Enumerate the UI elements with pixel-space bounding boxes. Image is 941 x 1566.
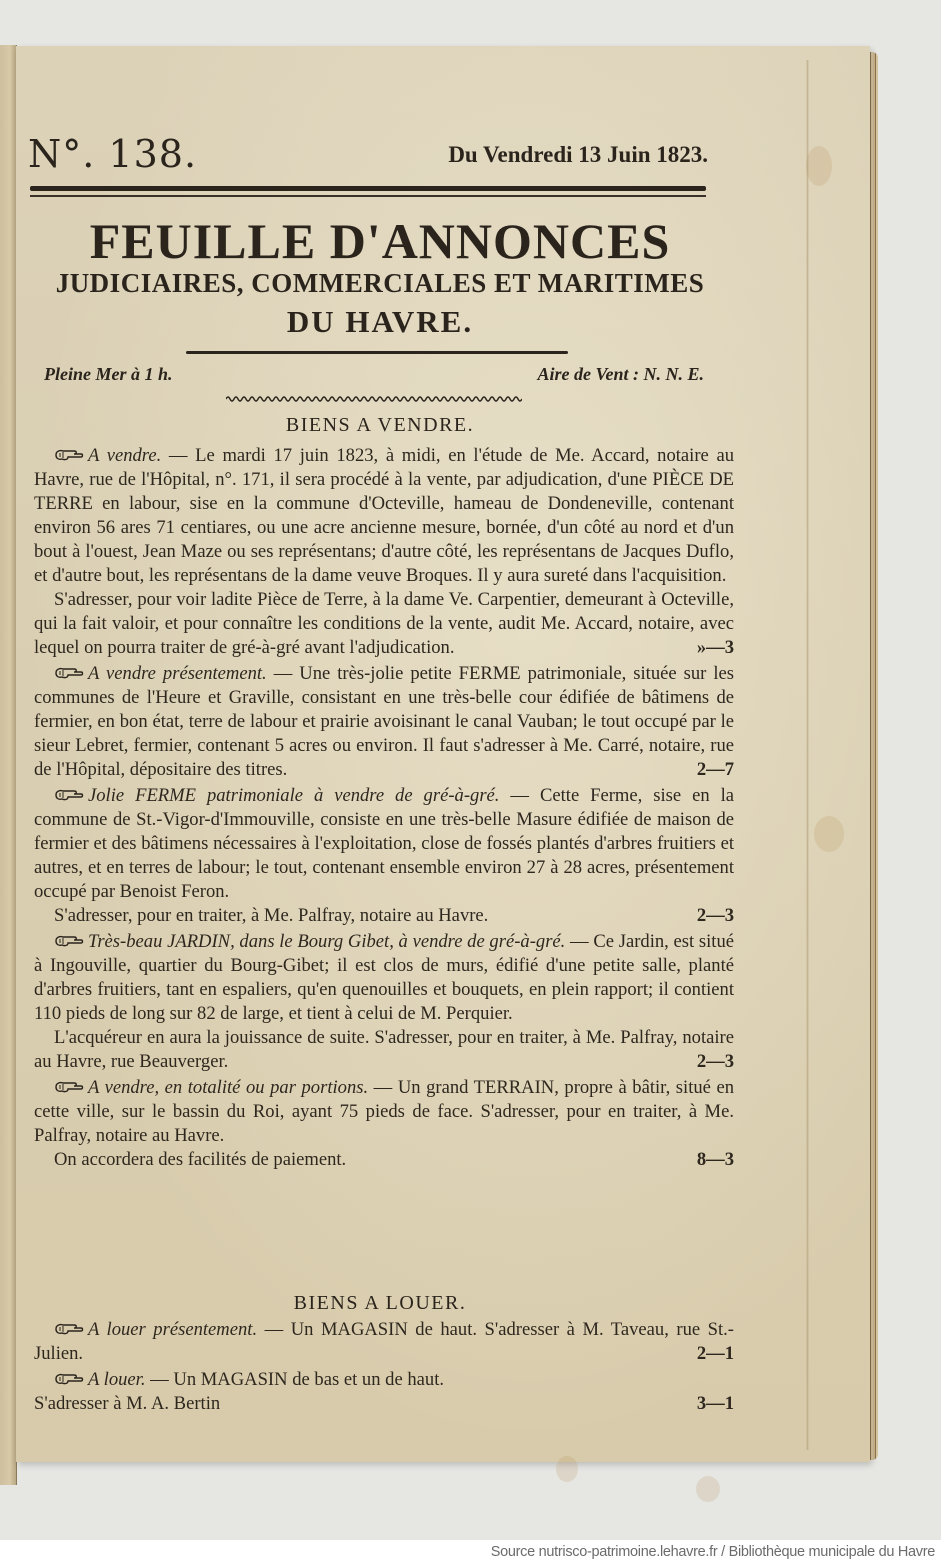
notice-ferme-graville: A vendre présentement. — Une très-jolie … bbox=[34, 662, 734, 782]
pointing-hand-icon bbox=[54, 1372, 84, 1386]
high-tide-info: Pleine Mer à 1 h. bbox=[44, 364, 173, 385]
paper-stain bbox=[806, 146, 832, 186]
issue-number: N°. 138. bbox=[28, 132, 197, 176]
notice-magasin-st-julien: A louer présentement. — Un MAGASIN de ha… bbox=[34, 1318, 734, 1366]
pointing-hand-icon bbox=[54, 448, 84, 462]
notice-reference: 2—3 bbox=[697, 1050, 734, 1074]
pointing-hand-icon bbox=[54, 934, 84, 948]
notice-reference: 3—1 bbox=[697, 1392, 734, 1416]
notice-reference: 2—7 bbox=[697, 758, 734, 782]
notice-magasin-bertin: A louer. — Un MAGASIN de bas et un de ha… bbox=[34, 1368, 734, 1416]
newspaper-subtitle: JUDICIAIRES, COMMERCIALES ET MARITIMES bbox=[0, 268, 760, 299]
pointing-hand-icon bbox=[54, 666, 84, 680]
section-title-biens-a-vendre: BIENS A VENDRE. bbox=[0, 414, 760, 437]
notice-lead: A vendre, en totalité ou par portions. bbox=[88, 1077, 368, 1098]
notice-followup: L'acquéreur en aura la jouissance de sui… bbox=[34, 1027, 734, 1072]
pointing-hand-icon bbox=[54, 1322, 84, 1336]
section-biens-a-louer: A louer présentement. — Un MAGASIN de ha… bbox=[34, 1318, 734, 1418]
notice-lead: Jolie FERME patrimoniale à vendre de gré… bbox=[88, 785, 499, 806]
ornamental-wavy-rule bbox=[226, 395, 522, 403]
newspaper-title: FEUILLE D'ANNONCES bbox=[0, 212, 760, 270]
notice-followup: S'adresser à M. A. Bertin bbox=[34, 1393, 220, 1414]
notice-text: — Le mardi 17 juin 1823, à midi, en l'ét… bbox=[34, 445, 734, 586]
notice-followup: S'adresser, pour en traiter, à Me. Palfr… bbox=[54, 905, 488, 926]
notice-reference: 8—3 bbox=[697, 1148, 734, 1172]
notice-lead: A louer présentement. bbox=[88, 1319, 257, 1340]
wind-direction-info: Aire de Vent : N. N. E. bbox=[538, 364, 705, 385]
notice-reference: »—3 bbox=[697, 636, 734, 660]
newspaper-subtitle-city: DU HAVRE. bbox=[0, 304, 760, 340]
paper-fold-crease bbox=[806, 60, 809, 1450]
paper-stain bbox=[696, 1476, 720, 1502]
notice-text: — Un MAGASIN de bas et un de haut. bbox=[146, 1369, 445, 1390]
masthead-rule-thin bbox=[30, 195, 706, 197]
pointing-hand-icon bbox=[54, 788, 84, 802]
masthead-rule-thick bbox=[30, 186, 706, 191]
paper-stain bbox=[814, 816, 844, 852]
notice-lead: Très-beau JARDIN, dans le Bourg Gibet, à… bbox=[88, 931, 565, 952]
notice-ferme-immouville: Jolie FERME patrimoniale à vendre de gré… bbox=[34, 784, 734, 928]
notice-terrain-bassin-du-roi: A vendre, en totalité ou par portions. —… bbox=[34, 1076, 734, 1172]
notice-reference: 2—3 bbox=[697, 904, 734, 928]
notice-lead: A vendre présentement. bbox=[88, 663, 267, 684]
notice-reference: 2—1 bbox=[697, 1342, 734, 1366]
notice-lead: A louer. bbox=[88, 1369, 146, 1390]
masthead-top-row: N°. 138. Du Vendredi 13 Juin 1823. bbox=[28, 132, 708, 176]
source-caption: Source nutrisco-patrimoine.lehavre.fr / … bbox=[491, 1544, 935, 1560]
notice-lead: A vendre. bbox=[88, 445, 161, 466]
notice-jardin-bourg-gibet: Très-beau JARDIN, dans le Bourg Gibet, à… bbox=[34, 930, 734, 1074]
section-biens-a-vendre: A vendre. — Le mardi 17 juin 1823, à mid… bbox=[34, 444, 734, 1174]
paper-stain bbox=[556, 1456, 578, 1482]
notice-followup: On accordera des facilités de paiement. bbox=[54, 1149, 346, 1170]
issue-date: Du Vendredi 13 Juin 1823. bbox=[448, 142, 708, 168]
pointing-hand-icon bbox=[54, 1080, 84, 1094]
section-title-biens-a-louer: BIENS A LOUER. bbox=[0, 1292, 760, 1315]
notice-followup: S'adresser, pour voir ladite Pièce de Te… bbox=[34, 589, 734, 658]
title-rule bbox=[186, 351, 568, 354]
tide-wind-row: Pleine Mer à 1 h. Aire de Vent : N. N. E… bbox=[44, 364, 704, 392]
notice-piece-de-terre: A vendre. — Le mardi 17 juin 1823, à mid… bbox=[34, 444, 734, 660]
